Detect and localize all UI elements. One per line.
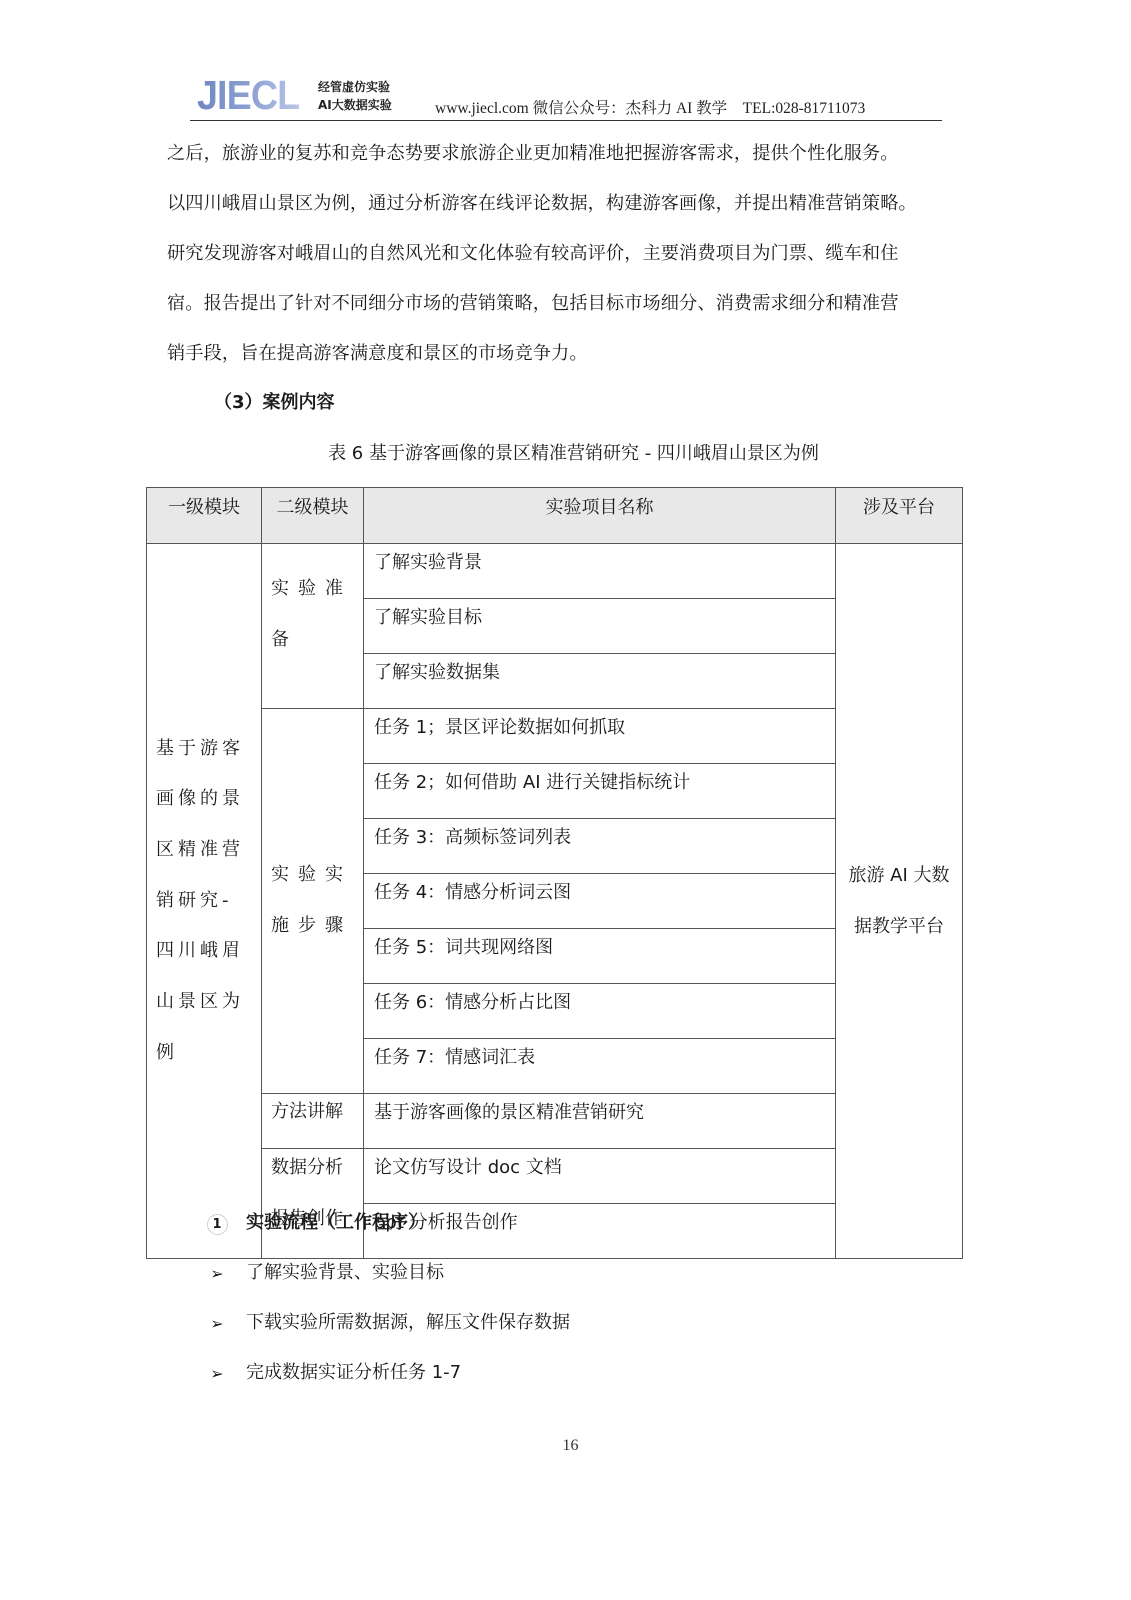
paragraph-line: 销手段，旨在提高游客满意度和景区的市场竞争力。 [167,336,943,386]
paragraph-line: 之后，旅游业的复苏和竞争态势要求旅游企业更加精准地把握游客需求，提供个性化服务。 [167,136,943,186]
page-header: JIECL 经管虚仿实验 AI大数据实验 www.jiecl.com 微信公众号… [190,70,942,122]
level2-module-text: 方法讲解 [271,1098,357,1126]
intro-paragraph: 之后，旅游业的复苏和竞争态势要求旅游企业更加精准地把握游客需求，提供个性化服务。… [167,136,943,386]
level1-module-text: 基于游客画像的景区精准营销研究-四川峨眉山景区为例 [156,724,253,1079]
project-item-cell: 了解实验背景 [364,544,836,599]
workflow-title: 实验流程（工作程序） [246,1205,426,1241]
experiment-plan-table: 一级模块 二级模块 实验项目名称 涉及平台 基于游客画像的景区精准营销研究-四川… [146,487,963,1259]
platform-cell: 旅游 AI 大数据教学平台 [836,544,963,1259]
level2-module-cell: 实验实施步骤 [262,709,364,1094]
level2-module-text: 实验实施步骤 [271,850,357,951]
logo-subtitle-line-1: 经管虚仿实验 [318,78,392,96]
header-contact-info: www.jiecl.com 微信公众号：杰科力 AI 教学 TEL:028-81… [435,96,865,118]
project-item-cell: 任务 5：词共现网络图 [364,929,836,984]
project-item-cell: 任务 4：情感分析词云图 [364,874,836,929]
workflow-step-text: 了解实验背景、实验目标 [246,1255,444,1291]
logo-subtitle-line-2: AI大数据实验 [318,96,392,114]
paragraph-line: 研究发现游客对峨眉山的自然风光和文化体验有较高评价，主要消费项目为门票、缆车和住 [167,236,943,286]
workflow-step-text: 下载实验所需数据源，解压文件保存数据 [246,1305,570,1341]
table-header-row: 一级模块 二级模块 实验项目名称 涉及平台 [147,488,963,544]
paragraph-line: 以四川峨眉山景区为例，通过分析游客在线评论数据，构建游客画像，并提出精准营销策略… [167,186,943,236]
arrow-bullet-icon: ➢ [204,1255,230,1292]
project-item-cell: ppt 分析报告创作 [364,1204,836,1259]
project-item-cell: 任务 2；如何借助 AI 进行关键指标统计 [364,764,836,819]
level2-module-cell: 数据分析报告创作 [262,1149,364,1259]
platform-text: 旅游 AI 大数据教学平台 [836,850,962,952]
arrow-bullet-icon: ➢ [204,1355,230,1392]
table-caption: 表 6 基于游客画像的景区精准营销研究 - 四川峨眉山景区为例 [0,439,1131,465]
level2-module-cell: 方法讲解 [262,1094,364,1149]
table-row: 基于游客画像的景区精准营销研究-四川峨眉山景区为例 实验准备 了解实验背景 旅游… [147,544,963,599]
page-number: 16 [0,1437,1131,1455]
arrow-bullet-icon: ➢ [204,1305,230,1342]
circled-number-icon: 1 [204,1205,230,1241]
column-header-level2: 二级模块 [262,488,364,544]
column-header-platform: 涉及平台 [836,488,963,544]
column-header-level1: 一级模块 [147,488,262,544]
project-item-cell: 了解实验数据集 [364,654,836,709]
logo-subtitle: 经管虚仿实验 AI大数据实验 [318,78,392,114]
column-header-project-name: 实验项目名称 [364,488,836,544]
level1-module-cell: 基于游客画像的景区精准营销研究-四川峨眉山景区为例 [147,544,262,1259]
project-item-cell: 论文仿写设计 doc 文档 [364,1149,836,1204]
project-item-cell: 任务 3：高频标签词列表 [364,819,836,874]
paragraph-line: 宿。报告提出了针对不同细分市场的营销策略，包括目标市场细分、消费需求细分和精准营 [167,286,943,336]
page-number-text: 16 [563,1437,579,1454]
project-item-cell: 基于游客画像的景区精准营销研究 [364,1094,836,1149]
header-divider [190,120,942,121]
project-item-cell: 任务 1；景区评论数据如何抓取 [364,709,836,764]
workflow-step-text: 完成数据实证分析任务 1-7 [246,1355,461,1391]
section-heading: （3）案例内容 [214,388,335,414]
level2-module-cell: 实验准备 [262,544,364,709]
table-caption-text: 表 6 基于游客画像的景区精准营销研究 - 四川峨眉山景区为例 [328,443,819,464]
project-item-cell: 了解实验目标 [364,599,836,654]
project-item-cell: 任务 7：情感词汇表 [364,1039,836,1094]
jiecl-logo: JIECL [197,74,299,116]
project-item-cell: 任务 6：情感分析占比图 [364,984,836,1039]
level2-module-text: 实验准备 [271,564,357,665]
